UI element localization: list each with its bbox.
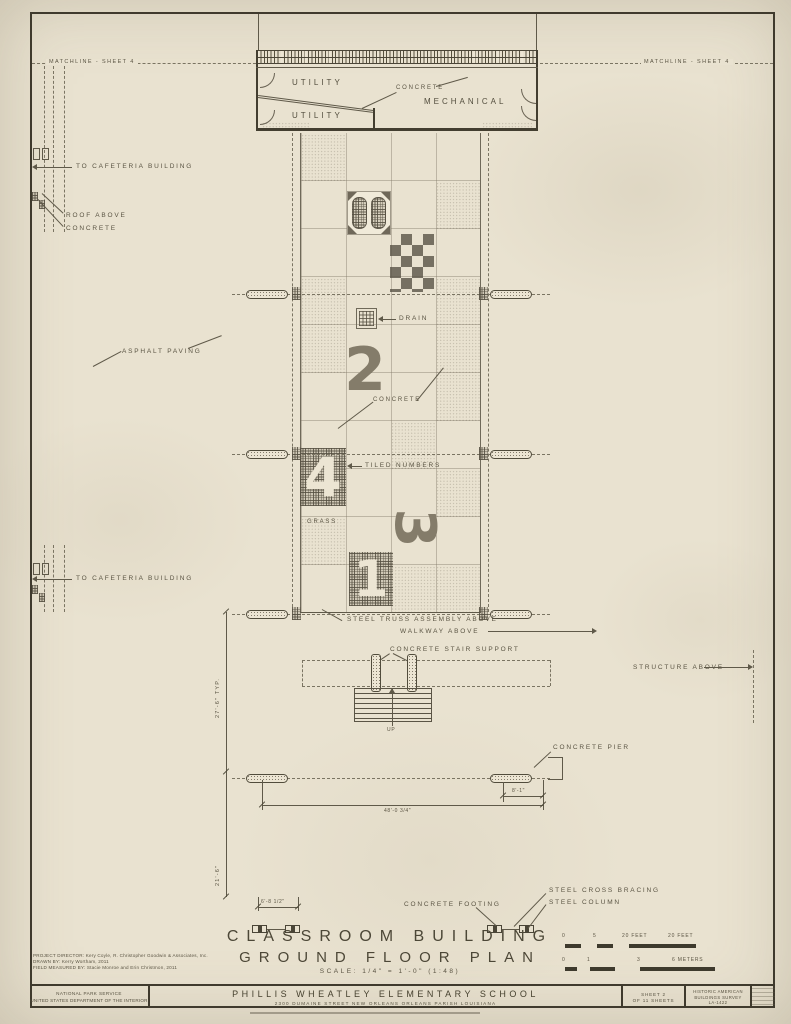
room-label-utility-upper: UTILITY	[292, 78, 343, 87]
stair-support-label: CONCRETE STAIR SUPPORT	[390, 646, 520, 653]
louver-wall-band	[256, 50, 538, 64]
feet-tick-0: 0	[562, 933, 566, 939]
steel-column-label: STEEL COLUMN	[549, 899, 621, 906]
credits-block: PROJECT DIRECTOR: Kery Coyle, R. Christo…	[33, 953, 208, 970]
drain-label: DRAIN	[399, 315, 428, 322]
concrete-pier-symbol	[490, 774, 532, 783]
to-cafeteria-top-label: TO CAFETERIA BUILDING	[76, 163, 193, 170]
column-block	[292, 607, 301, 620]
construction-line	[292, 133, 293, 612]
construction-line	[536, 14, 537, 50]
concrete-pier-label: CONCRETE PIER	[553, 744, 630, 751]
credit-line: PROJECT DIRECTOR: Kery Coyle, R. Christo…	[33, 953, 208, 959]
concrete-pier-symbol	[490, 290, 532, 299]
wall-stub	[373, 108, 375, 129]
tile-digit-1-of-10	[352, 197, 367, 229]
concrete-pad	[482, 122, 534, 128]
wall-left	[256, 50, 258, 131]
walkway-above-line	[550, 660, 551, 686]
room-label-mechanical: MECHANICAL	[424, 97, 506, 106]
tile-number-1: 1	[349, 552, 393, 606]
agency-line2: UNITED STATES DEPARTMENT OF THE INTERIOR	[30, 998, 147, 1003]
pier-dimension-bracket	[562, 757, 563, 780]
dimension-line-vertical	[226, 612, 227, 897]
concrete-footing-label: CONCRETE FOOTING	[404, 901, 501, 908]
habs-line1: HISTORIC AMERICAN	[693, 989, 743, 994]
school-name: PHILLIS WHEATLEY ELEMENTARY SCHOOL	[232, 989, 539, 999]
arrow-line	[36, 167, 72, 168]
steel-cross-bracing-label: STEEL CROSS BRACING	[549, 887, 660, 894]
microprint-line	[250, 1012, 480, 1014]
revision-box	[752, 986, 775, 1008]
wall-section	[32, 585, 38, 594]
meters-tick-6: 6 METERS	[672, 957, 703, 963]
drain-grate	[359, 311, 374, 326]
dimension-pier-spacing: 8'-1"	[512, 788, 525, 794]
grass-label: GRASS	[307, 519, 337, 525]
construction-line	[258, 14, 259, 50]
matchline-right-label: MATCHLINE - SHEET 4	[641, 59, 733, 65]
meters-tick-3: 3	[637, 957, 641, 963]
walkway-above-line	[302, 660, 550, 661]
column-symbol	[42, 563, 49, 575]
drawing-sheet: MATCHLINE - SHEET 4 MATCHLINE - SHEET 4 …	[0, 0, 791, 1024]
dimension-line	[503, 796, 543, 797]
school-address: 2300 DUMAINE STREET NEW ORLEANS ORLEANS …	[275, 1001, 496, 1006]
walkway-edge	[64, 66, 65, 232]
tile-digit-0-of-10	[371, 197, 386, 229]
feet-scale-bar	[565, 944, 696, 948]
construction-line	[488, 133, 489, 612]
concrete-pier-symbol	[246, 774, 288, 783]
concrete-mid-label: CONCRETE	[373, 397, 421, 403]
dimension-footing: 6'-8 1/2"	[261, 899, 285, 905]
arrow-head	[592, 628, 597, 634]
up-label: UP	[387, 727, 396, 733]
concrete-tile	[301, 134, 345, 181]
sheet-number-box: SHEET 2 OF 11 SHEETS	[623, 986, 686, 1008]
arrow-head	[389, 688, 395, 693]
concrete-pier-symbol	[490, 450, 532, 459]
arrow-line	[704, 667, 748, 668]
arrow-head	[378, 316, 383, 322]
drawing-scale: SCALE: 1/4" = 1'-0" (1:48)	[150, 968, 630, 975]
drawing-subtitle: GROUND FLOOR PLAN	[150, 949, 630, 966]
dimension-line	[258, 907, 298, 908]
concrete-tile	[301, 518, 345, 565]
sheet-line1: SHEET 2	[641, 992, 666, 997]
drawing-title: CLASSROOM BUILDING	[150, 928, 630, 946]
arrow-line	[488, 631, 592, 632]
pier-dimension-bracket	[548, 779, 562, 780]
dimension-overall: 48'-0 3/4"	[384, 808, 411, 814]
tile-number-3: 3	[390, 503, 440, 553]
wall-interior	[256, 67, 538, 68]
arrow-head	[347, 463, 352, 469]
concrete-pier-symbol	[246, 610, 288, 619]
staircase	[354, 688, 432, 722]
room-label-utility-lower: UTILITY	[292, 111, 343, 120]
roof-above-label: ROOF ABOVE	[66, 212, 127, 219]
concrete-tile	[391, 566, 435, 612]
agency-box: NATIONAL PARK SERVICE UNITED STATES DEPA…	[30, 986, 150, 1008]
habs-line3: LA-1422	[709, 1000, 728, 1005]
stair-support-column	[371, 654, 381, 692]
concrete-tile	[436, 278, 480, 325]
title-block: NATIONAL PARK SERVICE UNITED STATES DEPA…	[30, 984, 775, 1008]
walkway-above-line	[302, 660, 303, 686]
column-symbol	[33, 148, 40, 160]
concrete-tile	[436, 182, 480, 229]
arrow-head	[32, 164, 37, 170]
wall-right	[536, 50, 538, 131]
to-cafeteria-bottom-label: TO CAFETERIA BUILDING	[76, 575, 193, 582]
concrete-left-label: CONCRETE	[66, 225, 117, 232]
habs-line2: BUILDINGS SURVEY	[694, 995, 741, 1000]
meters-tick-1: 1	[587, 957, 591, 963]
stair-center-line	[392, 688, 393, 726]
column-block	[479, 287, 488, 300]
dimension-bay-typ: 27'-6" TYP.	[215, 678, 221, 718]
concrete-tile	[436, 326, 480, 373]
habs-box: HISTORIC AMERICAN BUILDINGS SURVEY LA-14…	[686, 986, 752, 1008]
stair-support-column	[407, 654, 417, 692]
meters-tick-0: 0	[562, 957, 566, 963]
dimension-line	[262, 805, 543, 806]
agency-line1: NATIONAL PARK SERVICE	[56, 991, 122, 996]
column-symbol	[33, 563, 40, 575]
feet-tick-10: 20 FEET	[622, 933, 647, 939]
column-block	[292, 447, 301, 460]
wall-bottom	[256, 128, 538, 131]
arrow-head	[32, 576, 37, 582]
concrete-pier-symbol	[246, 290, 288, 299]
project-box: PHILLIS WHEATLEY ELEMENTARY SCHOOL 2300 …	[150, 986, 623, 1008]
walkway-above-line	[302, 686, 550, 687]
concrete-pier-symbol	[246, 450, 288, 459]
column-symbol	[42, 148, 49, 160]
wall-section	[39, 593, 45, 602]
pier-dimension-bracket	[548, 757, 562, 758]
steel-truss-label: STEEL TRUSS ASSEMBLY ABOVE	[347, 616, 498, 623]
asphalt-paving-label: ASPHALT PAVING	[122, 348, 202, 355]
structure-above-line	[753, 650, 754, 723]
tile-number-2: 2	[336, 341, 394, 399]
leader-line	[381, 319, 396, 320]
arrow-line	[36, 579, 72, 580]
tile-number-4: 4	[300, 448, 346, 506]
concrete-tile	[436, 374, 480, 421]
credit-line: FIELD MEASURED BY: Stacie Monroe and Eri…	[33, 965, 208, 971]
tiled-numbers-label: TILED NUMBERS	[365, 462, 441, 469]
column-block	[479, 447, 488, 460]
feet-tick-5: 5	[593, 933, 597, 939]
column-block	[292, 287, 301, 300]
walkway-edge	[53, 66, 54, 232]
checkerboard-tiles	[390, 234, 434, 292]
matchline-left-label: MATCHLINE - SHEET 4	[46, 59, 138, 65]
meters-scale-bar	[565, 967, 715, 971]
walkway-above-label: WALKWAY ABOVE	[400, 628, 479, 635]
concrete-pad	[262, 122, 310, 128]
feet-tick-20: 20 FEET	[668, 933, 693, 939]
concrete-tile	[436, 566, 480, 612]
concrete-tile	[301, 278, 345, 325]
sheet-line2: OF 11 SHEETS	[633, 998, 675, 1003]
dimension-bay-end: 21'-6"	[215, 865, 221, 886]
